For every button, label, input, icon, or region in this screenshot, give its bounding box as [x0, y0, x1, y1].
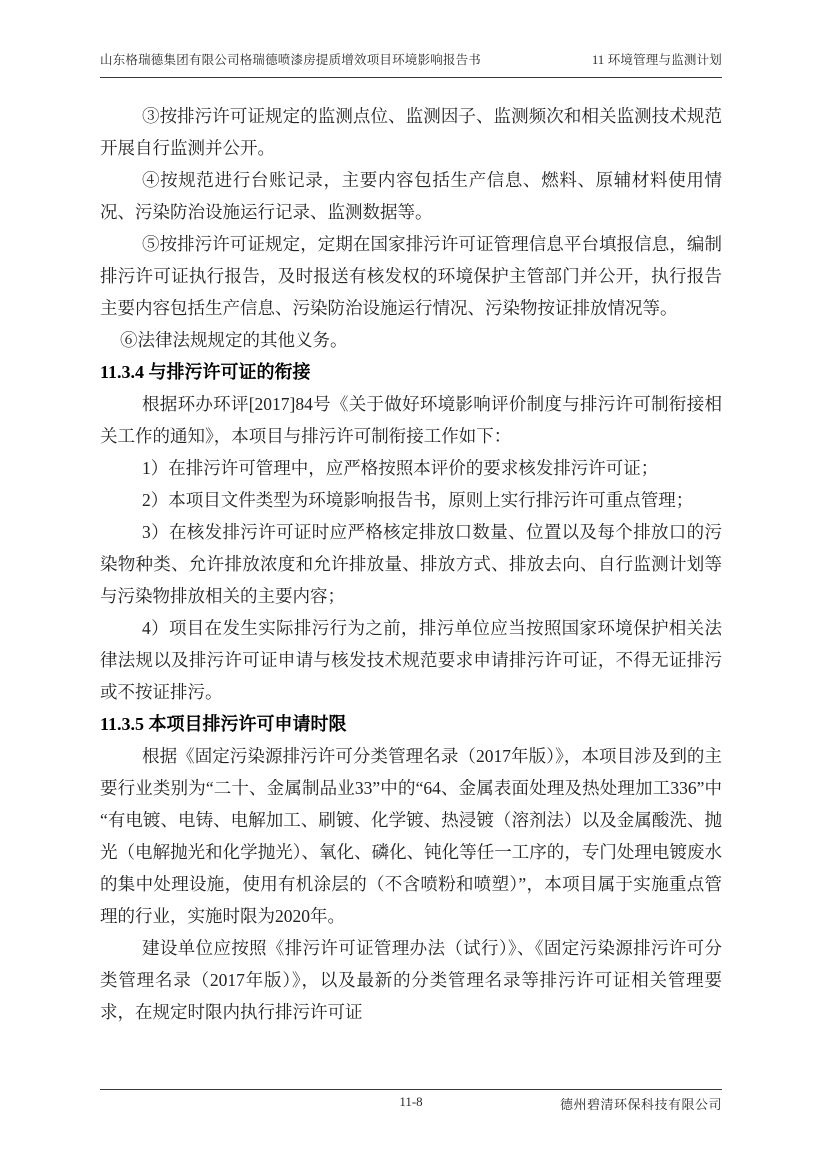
header-chapter-title: 11 环境管理与监测计划	[592, 50, 722, 68]
paragraph-ledger: ④按规范进行台账记录，主要内容包括生产信息、燃料、原辅材料使用情况、污染防治设施…	[100, 164, 722, 228]
list-item-3: 3）在核发排污许可证时应严格核定排放口数量、位置以及每个排放口的污染物种类、允许…	[100, 516, 722, 612]
list-item-2: 2）本项目文件类型为环境影响报告书，原则上实行排污许可重点管理；	[100, 484, 722, 516]
paragraph-reporting: ⑤按排污许可证规定，定期在国家排污许可证管理信息平台填报信息，编制排污许可证执行…	[100, 228, 722, 324]
list-item-1: 1）在排污许可管理中，应严格按照本评价的要求核发排污许可证；	[100, 452, 722, 484]
page-footer: 11-8 德州碧清环保科技有限公司	[100, 1089, 722, 1113]
paragraph-other-obligations: ⑥法律法规规定的其他义务。	[100, 324, 722, 356]
header-report-title: 山东格瑞德集团有限公司格瑞德喷漆房提质增效项目环境影响报告书	[100, 50, 481, 68]
paragraph-permit-catalog: 根据《固定污染源排污许可分类管理名录（2017年版）》，本项目涉及到的主要行业类…	[100, 740, 722, 932]
list-item-4: 4）项目在发生实际排污行为之前，排污单位应当按照国家环境保护相关法律法规以及排污…	[100, 612, 722, 708]
document-page: 山东格瑞德集团有限公司格瑞德喷漆房提质增效项目环境影响报告书 11 环境管理与监…	[0, 0, 827, 1169]
section-heading-11-3-4: 11.3.4 与排污许可证的衔接	[100, 356, 722, 388]
paragraph-linkage-intro: 根据环办环评[2017]84号《关于做好环境影响评价制度与排污许可制衔接相关工作…	[100, 388, 722, 452]
paragraph-permit-deadline: 建设单位应按照《排污许可证管理办法（试行）》、《固定污染源排污许可分类管理名录（…	[100, 932, 722, 1028]
page-header: 山东格瑞德集团有限公司格瑞德喷漆房提质增效项目环境影响报告书 11 环境管理与监…	[100, 50, 722, 78]
page-number: 11-8	[399, 1094, 422, 1110]
section-heading-11-3-5: 11.3.5 本项目排污许可申请时限	[100, 708, 722, 740]
paragraph-monitoring: ③按排污许可证规定的监测点位、监测因子、监测频次和相关监测技术规范开展自行监测并…	[100, 100, 722, 164]
document-body: ③按排污许可证规定的监测点位、监测因子、监测频次和相关监测技术规范开展自行监测并…	[100, 100, 722, 1028]
footer-company-name: 德州碧清环保科技有限公司	[423, 1094, 722, 1113]
